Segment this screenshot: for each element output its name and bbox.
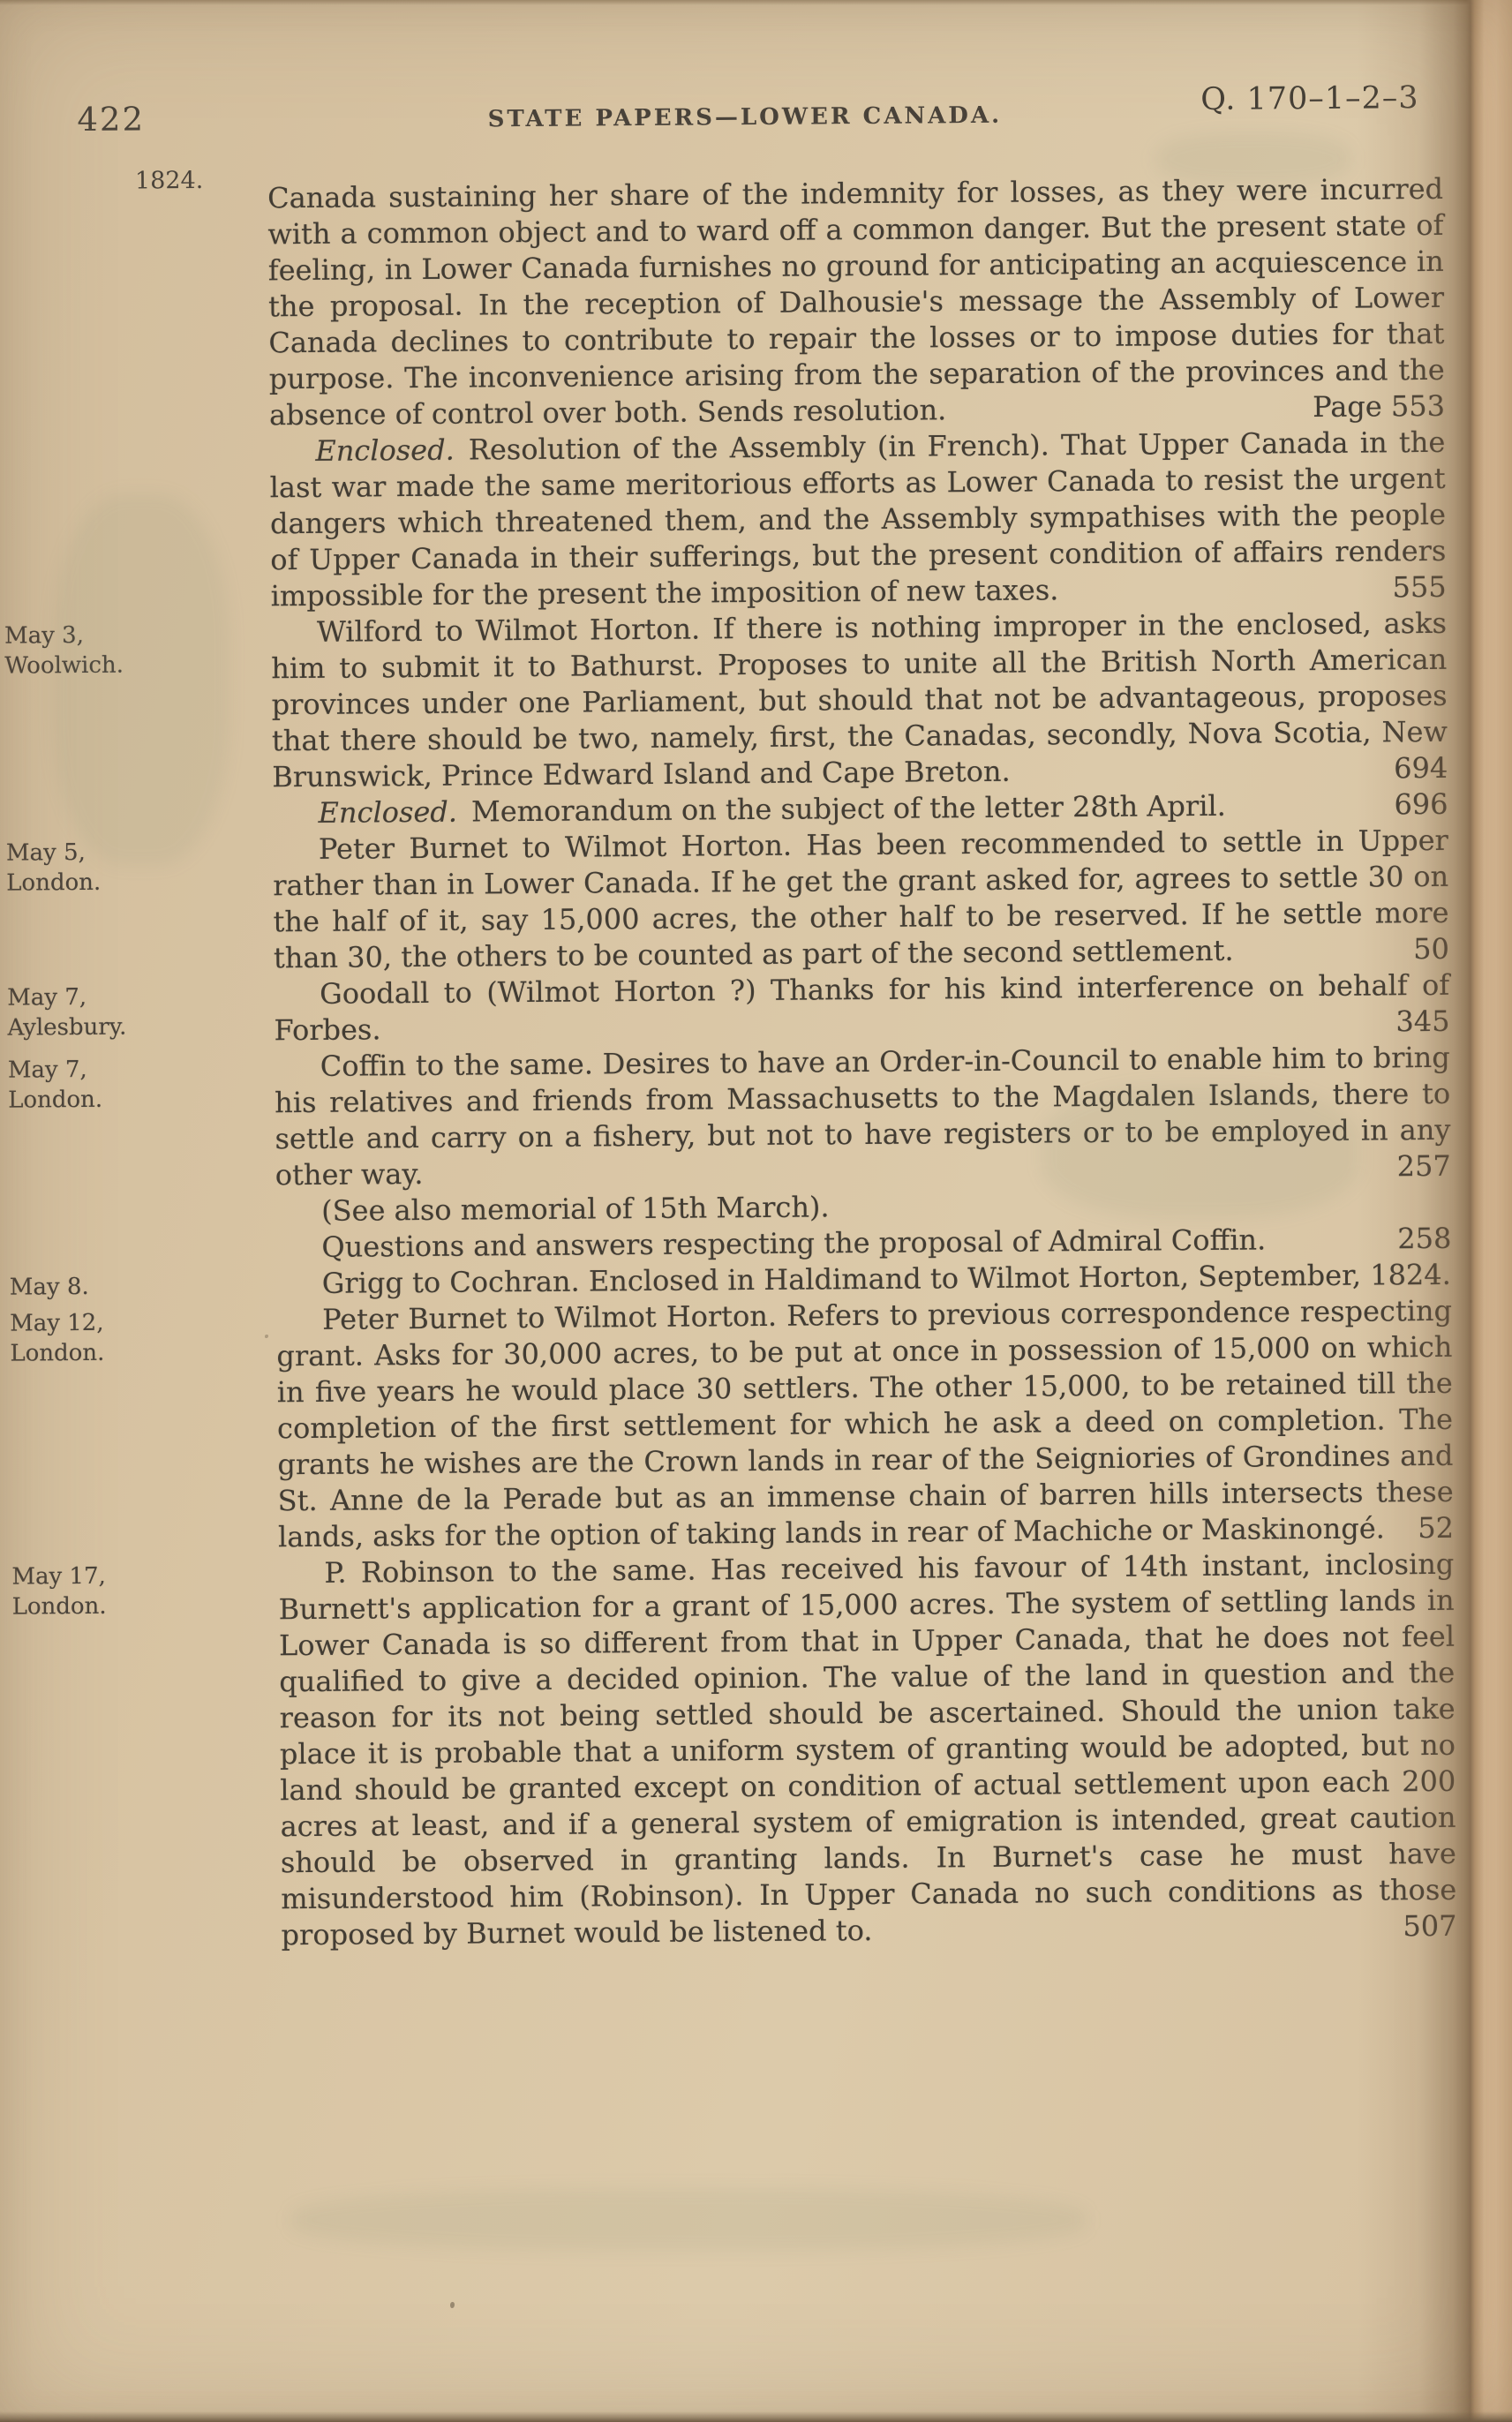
calendar-entry: Canada sustaining her share of the indem… [267, 171, 1445, 433]
margin-date: May 17,London. [11, 1561, 224, 1622]
entry-text: Wilford to Wilmot Horton. If there is no… [271, 606, 1448, 794]
entry-text: (See also memorial of 15th March). [321, 1190, 830, 1228]
entry-text: Memorandum on the subject of the letter … [471, 789, 1226, 829]
calendar-entry: May 5,London. Peter Burnet to Wilmot Hor… [273, 823, 1449, 976]
margin-date: May 8. [10, 1271, 222, 1303]
entry-text: Peter Burnet to Wilmot Horton. Refers to… [276, 1294, 1454, 1553]
entry-text: Coffin to the same. Desires to have an O… [275, 1041, 1451, 1192]
margin-date: May 5,London. [6, 837, 219, 899]
entry-text: Questions and answers respecting the pro… [321, 1222, 1266, 1263]
margin-date: May 7,London. [8, 1054, 221, 1116]
scanned-book-page: { "page": { "folio": "422", "running_tit… [0, 0, 1512, 2422]
book-gutter-shadow [1358, 0, 1512, 2422]
calendar-entry: May 7,London. Coffin to the same. Desire… [275, 1040, 1451, 1193]
entry-text: Canada sustaining her share of the indem… [267, 172, 1445, 432]
margin-date: May 7,Aylesbury. [7, 982, 220, 1043]
calendar-entry: May 7,Aylesbury. Goodall to (Wilmot Hort… [274, 967, 1450, 1049]
calendar-entry: May 3,Woolwich. Wilford to Wilmot Horton… [271, 605, 1448, 795]
entry-text: Goodall to (Wilmot Horton ?) Thanks for … [274, 968, 1449, 1047]
page-top-edge [0, 0, 1512, 5]
entry-enclosed-label: Enclosed. [315, 433, 469, 468]
entry-enclosed-label: Enclosed. [318, 795, 471, 830]
margin-date: May 12,London. [10, 1307, 222, 1369]
calendar-entry: May 12,London. Peter Burnet to Wilmot Ho… [276, 1293, 1454, 1555]
calendar-entries: Canada sustaining her share of the indem… [267, 171, 1457, 1953]
entry-text: Peter Burnet to Wilmot Horton. Has been … [273, 824, 1449, 974]
calendar-entry: May 17,London. P. Robinson to the same. … [278, 1546, 1457, 1953]
page-bottom-edge [0, 2411, 1512, 2422]
calendar-entry: Enclosed.Resolution of the Assembly (in … [269, 425, 1447, 614]
page-scan: 422 STATE PAPERS—LOWER CANADA. Q. 170–1–… [0, 0, 1512, 2422]
entry-text: P. Robinson to the same. Has received hi… [279, 1547, 1457, 1952]
margin-date: May 3,Woolwich. [4, 620, 217, 681]
margin-year: 1824. [135, 167, 204, 195]
running-header-text: STATE PAPERS—LOWER CANADA. [488, 102, 1003, 133]
